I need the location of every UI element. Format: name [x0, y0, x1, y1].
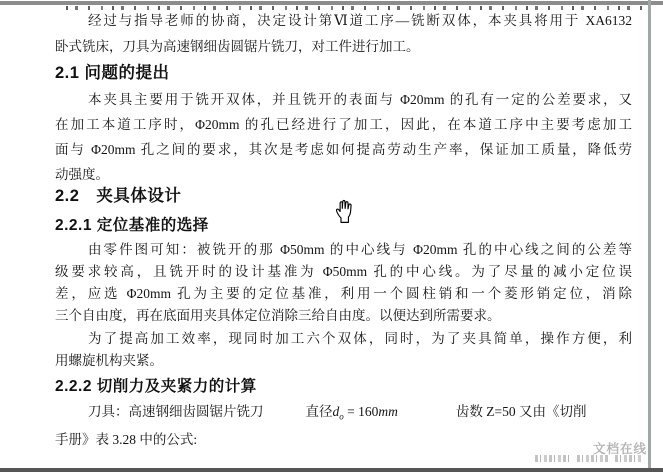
paragraph-cutter: 刀具：高速钢细齿圆锯片铣刀 直径do = 160mm 齿数 Z=50 又由《切削…	[55, 401, 632, 450]
section-2-1: 2.1 问题的提出	[55, 62, 632, 84]
text-line: 级要求较高，且铣开时的设计基准为 Φ50mm 孔的中心线。为了尽量的减小定位误	[55, 261, 632, 283]
paragraph-intro: 经过与指导老师的协商，决定设计第Ⅵ道工序—铣断双体，本夹具将用于 XA6132 …	[55, 8, 632, 60]
page-top-border	[0, 1, 663, 5]
paragraph-problem: 本夹具主要用于铣开双体，并且铣开的表面与 Φ20mm 的孔有一定的公差要求，又 …	[55, 87, 632, 187]
text-line: 手册》表 3.28 中的公式:	[55, 429, 632, 450]
diameter-formula: 直径do = 160mm	[306, 401, 398, 428]
text-line: 差，应选 Φ20mm 孔为主要的定位基准，利用一个圆柱销和一个菱形销定位，消除	[55, 283, 632, 305]
text-line: 本夹具主要用于铣开双体，并且铣开的表面与 Φ20mm 的孔有一定的公差要求，又	[55, 87, 632, 112]
paragraph-efficiency: 为了提高加工效率，现同时加工六个双体，同时，为了夹具简单，操作方便，利 用螺旋机…	[55, 328, 632, 372]
document-page[interactable]: 经过与指导老师的协商，决定设计第Ⅵ道工序—铣断双体，本夹具将用于 XA6132 …	[0, 0, 663, 475]
cutter-name: 刀具：高速钢细齿圆锯片铣刀	[88, 401, 264, 422]
teeth-count: 齿数 Z=50 又由《切削	[456, 401, 587, 422]
barcode-bars	[615, 455, 642, 462]
barcode-bars	[577, 455, 610, 462]
text-line: 卧式铣床，刀具为高速钢细齿圆锯片铣刀，对工件进行加工。	[55, 34, 632, 60]
paragraph-datum: 由零件图可知：被铣开的那 Φ50mm 的中心线与 Φ20mm 孔的中心线之间的公…	[55, 239, 632, 327]
text-line: 在加工本道工序时，Φ20mm 的孔已经进行了加工，因此，在本道工序中主要考虑加工	[55, 112, 632, 137]
text-line: 三个自由度，再在底面用夹具体定位消除三给自由度。以便达到所需要求。	[55, 305, 632, 327]
text-line: 面与 Φ20mm 孔之间的要求，其次是考虑如何提高劳动生产率，保证加工质量，降低…	[55, 137, 632, 162]
page-right-border	[648, 0, 651, 470]
barcode-bars	[535, 455, 572, 462]
text-line: 由零件图可知：被铣开的那 Φ50mm 的中心线与 Φ20mm 孔的中心线之间的公…	[55, 239, 632, 261]
text-line: 经过与指导老师的协商，决定设计第Ⅵ道工序—铣断双体，本夹具将用于 XA6132	[55, 8, 632, 34]
watermark-barcode	[535, 455, 642, 462]
section-2-2-2: 2.2.2 切削力及夹紧力的计算	[55, 376, 632, 397]
hand-cursor-icon	[334, 198, 355, 224]
text-line: 为了提高加工效率，现同时加工六个双体，同时，为了夹具简单，操作方便，利	[55, 328, 632, 350]
cutter-spec-line: 刀具：高速钢细齿圆锯片铣刀 直径do = 160mm 齿数 Z=50 又由《切削	[55, 401, 632, 428]
page-bottom-border	[0, 468, 663, 472]
text-line: 用螺旋机构夹紧。	[55, 350, 632, 372]
text-line: 动强度。	[55, 162, 632, 187]
heading-2-1: 2.1 问题的提出	[55, 62, 632, 84]
heading-2-2-2: 2.2.2 切削力及夹紧力的计算	[55, 376, 632, 397]
